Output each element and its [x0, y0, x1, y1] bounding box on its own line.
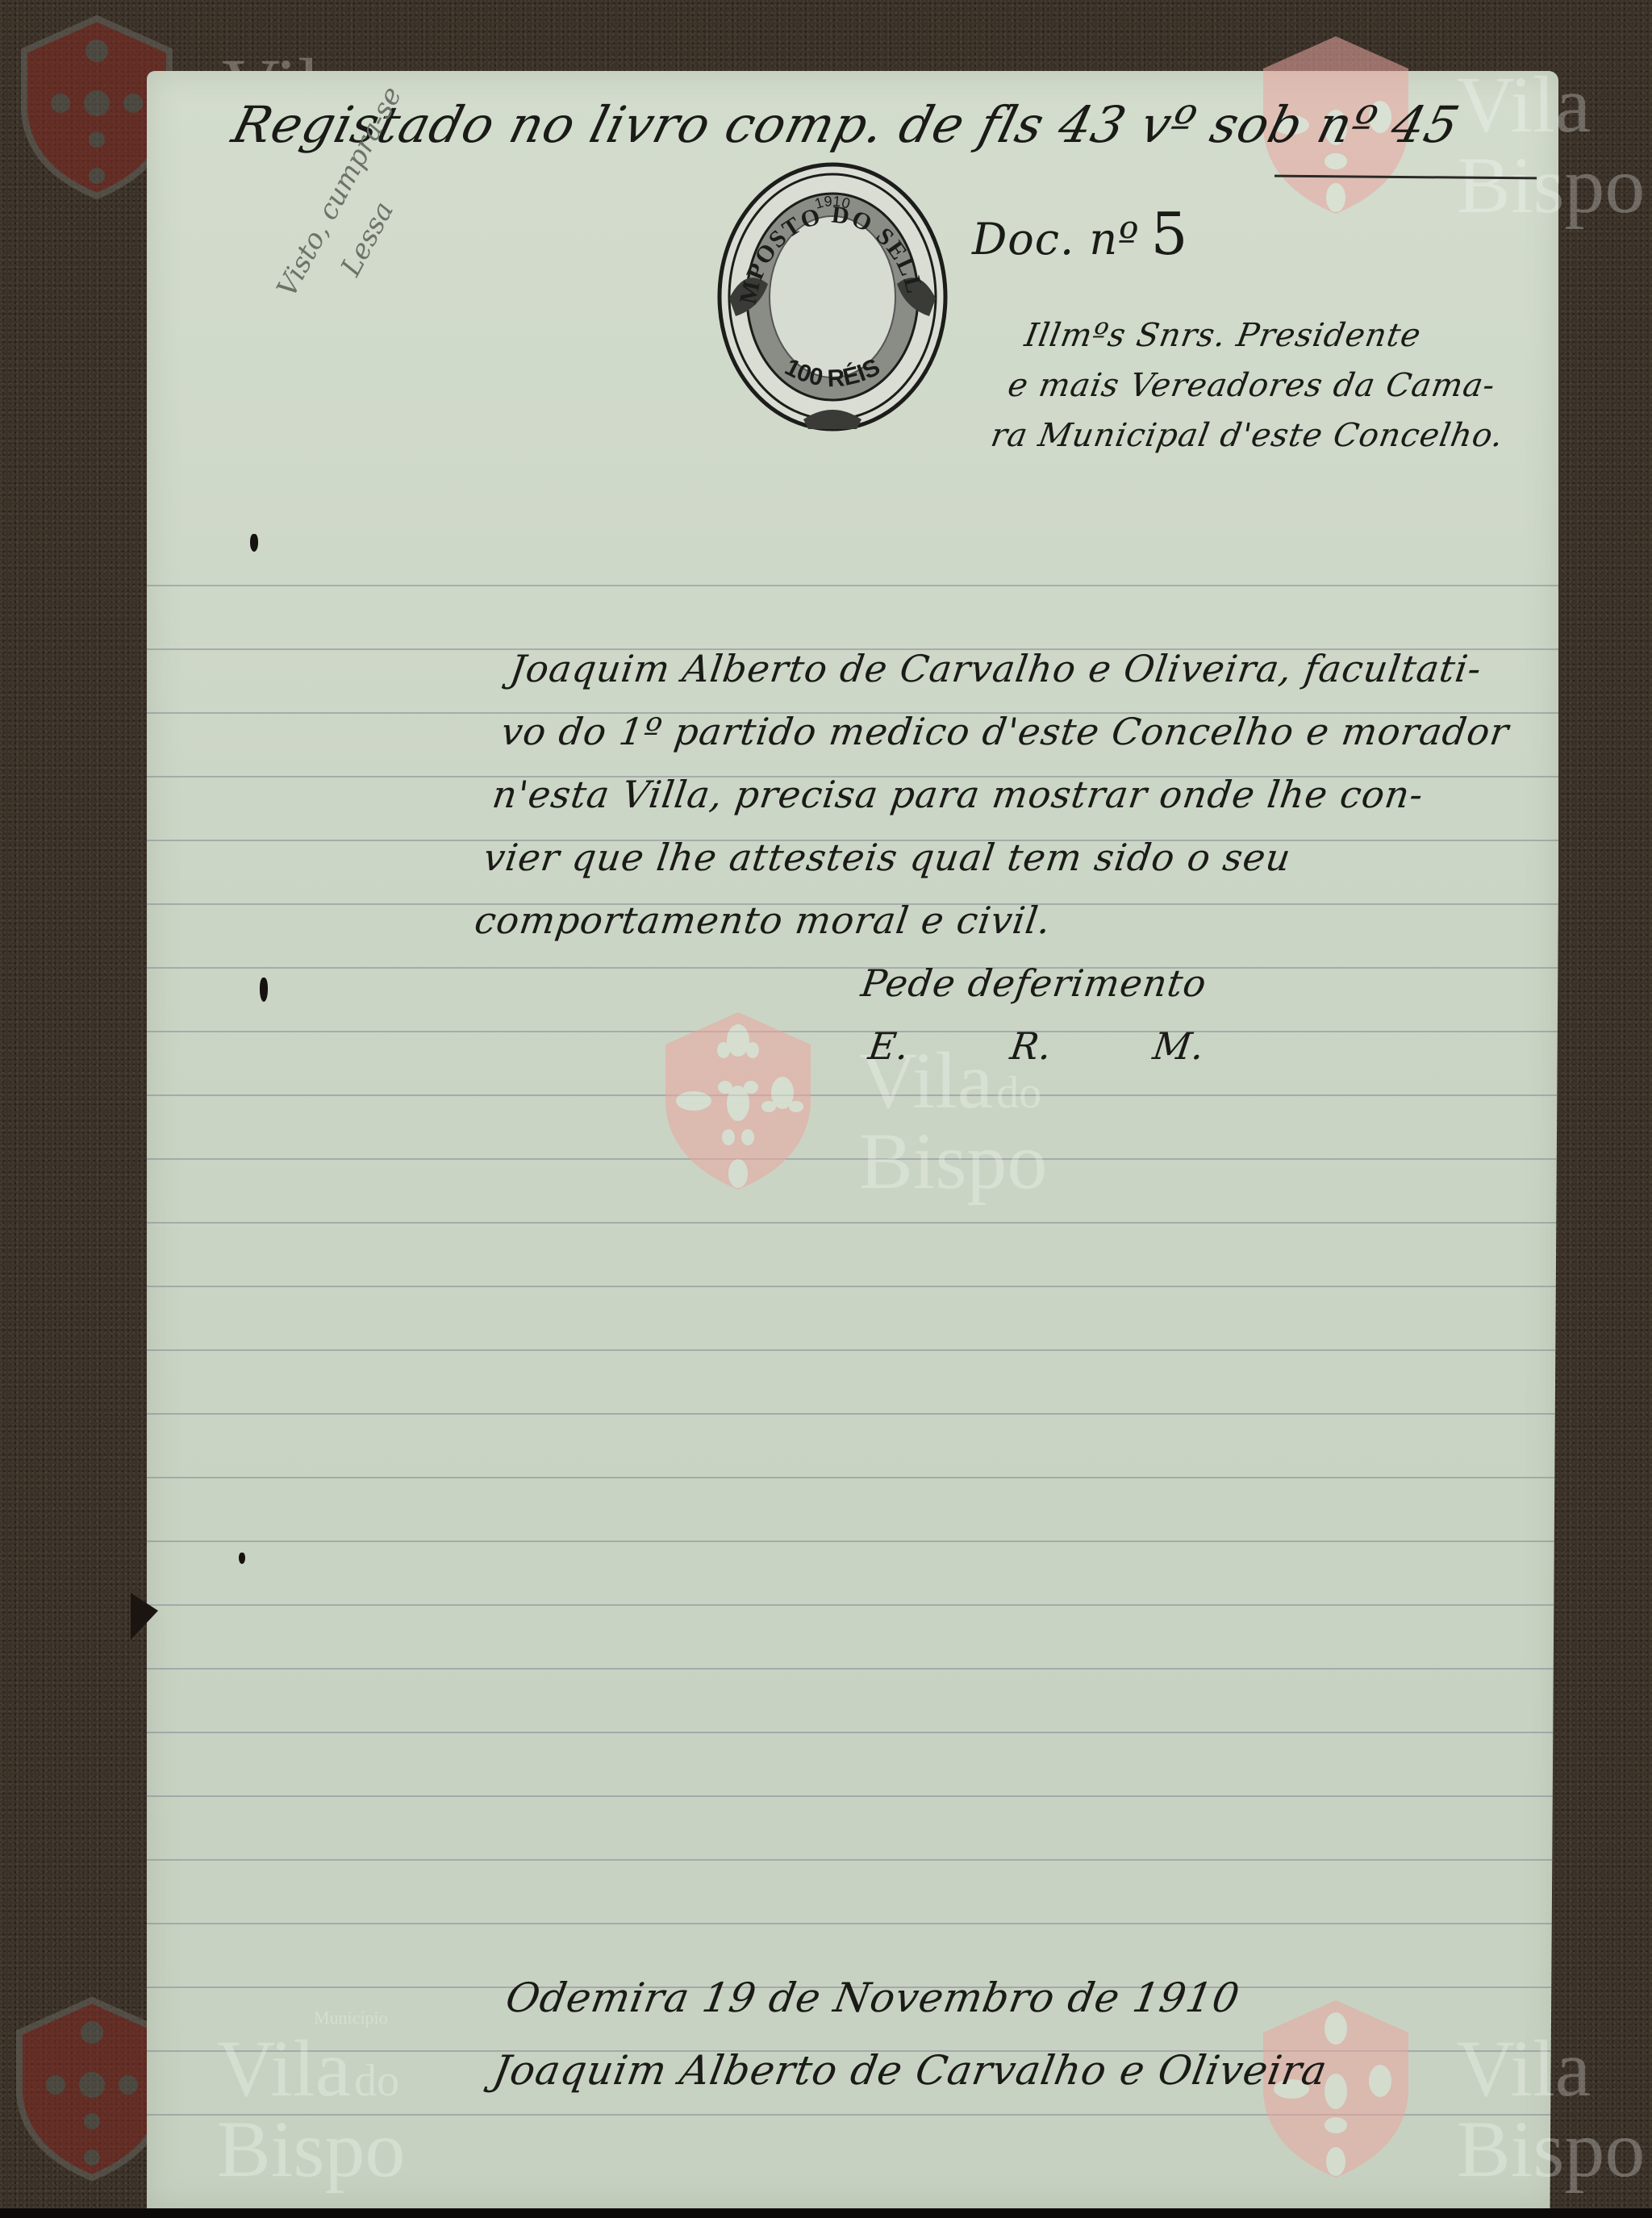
document-number-value: 5: [1151, 200, 1189, 268]
paper-tear: [131, 1593, 158, 1640]
signature: Joaquim Alberto de Carvalho e Oliveira: [487, 2034, 1333, 2107]
petition-body: Joaquim Alberto de Carvalho e Oliveira, …: [453, 637, 1522, 1078]
body-line: comportamento moral e civil.: [471, 889, 1487, 952]
body-line: n'esta Villa, precisa para mostrar onde …: [488, 763, 1504, 826]
addressee-line: ra Municipal d'este Concelho.: [987, 411, 1508, 461]
tax-stamp-icon: IMPOSTO DO SELLO 1910 100 RÉIS: [715, 161, 950, 432]
closing-phrase: Pede deferimento: [857, 952, 1479, 1015]
place-date: Odemira 19 de Novembro de 1910: [500, 1962, 1346, 2034]
binding-hole: [250, 534, 258, 552]
closing-initials: E. R. M.: [865, 1015, 1470, 1078]
footer-block: Odemira 19 de Novembro de 1910 Joaquim A…: [487, 1962, 1346, 2107]
document-number: Doc. nº5: [972, 200, 1188, 268]
body-line: Joaquim Alberto de Carvalho e Oliveira, …: [506, 637, 1522, 700]
bottom-edge-shadow: [0, 2208, 1652, 2218]
addressee-block: Illmºs Snrs. Presidente e mais Vereadore…: [1003, 311, 1525, 461]
binding-hole: [260, 978, 268, 1002]
addressee-line: Illmºs Snrs. Presidente: [1020, 311, 1525, 361]
binding-hole: [239, 1553, 245, 1564]
body-line: vier que lhe attesteis qual tem sido o s…: [480, 826, 1496, 889]
addressee-line: e mais Vereadores da Cama-: [1004, 361, 1516, 411]
document-number-label: Doc. nº: [972, 214, 1140, 265]
body-line: vo do 1º partido medico d'este Concelho …: [497, 700, 1513, 763]
